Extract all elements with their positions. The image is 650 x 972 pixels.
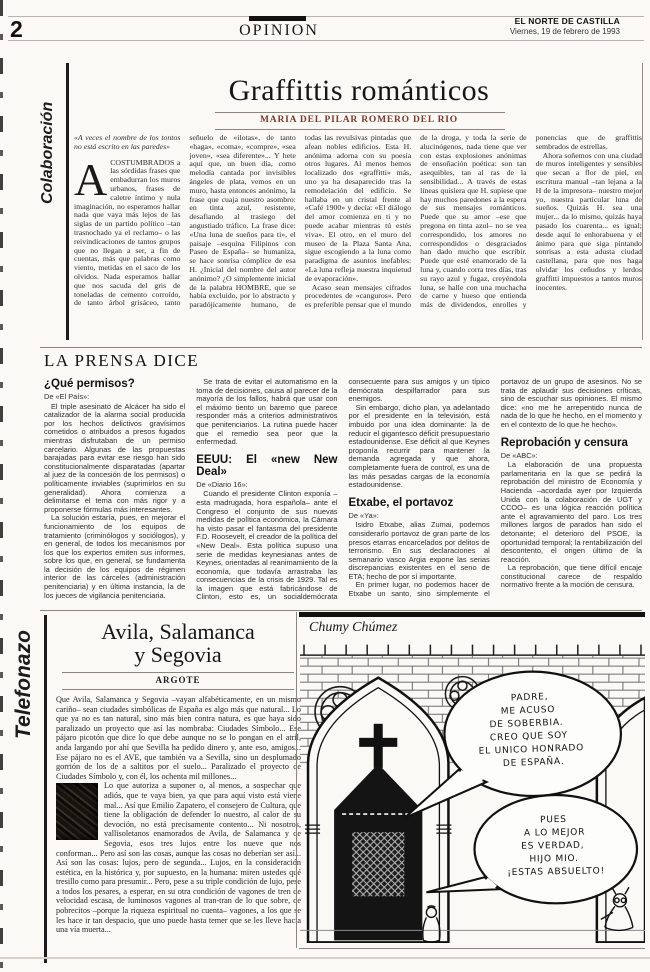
telefonazo-byline-top-rule: [62, 672, 294, 673]
section-title: OPINION: [234, 22, 324, 40]
scan-edge-artifact: [0, 0, 3, 972]
cartoon-left-rule: [296, 612, 297, 948]
page-bottom-rule: [0, 957, 650, 959]
cartoon-top-bar: [299, 612, 645, 617]
prensa-source: De «Diario 16»:: [196, 481, 337, 490]
prensa-top-rule: [40, 347, 642, 348]
prensa-body: ¿Qué permisos? De «El País»: El triple a…: [44, 378, 642, 606]
prensa-paragraph: Isidro Etxabe, alias Zumai, podemos cons…: [349, 521, 490, 581]
page-number: 2: [10, 16, 23, 43]
byline-bottom-rule: [215, 129, 505, 130]
colaboracion-left-rule: [66, 63, 69, 340]
prensa-heading: Reprobación y censura: [501, 437, 642, 449]
byline-top-rule: [215, 112, 505, 113]
prensa-heading: EEUU: El «new New Deal»: [196, 454, 337, 478]
article-byline: MARIA DEL PILAR ROMERO DEL RIO: [74, 115, 644, 125]
telefonazo-paragraph: Que Avila, Salamanca y Segovia –vayan al…: [56, 695, 301, 781]
prensa-paragraph: El triple asesinato de Alcácer ha sido e…: [44, 403, 185, 515]
cartoon-bottom-rule: [299, 948, 645, 949]
masthead: EL NORTE DE CASTILLA Viernes, 19 de febr…: [440, 16, 620, 36]
article-paragraph: Ahora soñemos con una ciudad de muros in…: [536, 152, 642, 293]
cartoon-artist: Chumy Chúmez: [309, 620, 397, 636]
article-body: «A veces el nombre de los tontos no está…: [74, 134, 642, 339]
kicker-telefonazo: Telefonazo: [8, 616, 40, 754]
prensa-paragraph: Sin embargo, dicho plan, ya adelantado p…: [349, 404, 490, 490]
telefonazo-byline: ARGOTE: [56, 675, 300, 685]
prensa-paragraph: La elaboración de una propuesta parlamen…: [501, 461, 642, 564]
prensa-paragraph: La reprobación, que tiene difícil encaje…: [501, 564, 642, 590]
prensa-heading: Etxabe, el portavoz: [349, 497, 490, 509]
masthead-date: Viernes, 19 de febrero de 1993: [440, 27, 620, 36]
prensa-source: De «Ya»:: [349, 512, 490, 521]
prensa-source: De «ABC»:: [501, 452, 642, 461]
prensa-bottom-rule: [40, 610, 642, 611]
kicker-colaboracion: Colaboración: [34, 86, 62, 220]
header-bottom-rule: [8, 40, 644, 41]
article-title: Graffittis románticos: [74, 74, 644, 108]
drop-cap: A: [74, 159, 110, 199]
telefonazo-left-rule: [44, 615, 47, 963]
telefonazo-paragraph: Lo que autoriza a suponer o, al menos, a…: [56, 781, 301, 935]
prensa-heading: ¿Qué permisos?: [44, 378, 185, 390]
prensa-section-title: LA PRENSA DICE: [44, 351, 199, 371]
cartoon-drawing: PADRE, ME ACUSO DE SOBERBIA. CREO QUE SO…: [300, 641, 645, 943]
newspaper-page: { "colors": {"paper":"#faf9f5","ink":"#2…: [0, 0, 650, 972]
masthead-name: EL NORTE DE CASTILLA: [440, 16, 620, 26]
epigraph: «A veces el nombre de los tontos no está…: [74, 134, 180, 152]
speech-bubble-2: PUES A LO MEJOR ES VERDAD, HIJO MIO. ¡ES…: [426, 795, 637, 903]
prensa-paragraph: Se trata de evitar el automatismo en la …: [196, 378, 337, 447]
prensa-source: De «El País»:: [44, 393, 185, 402]
telefonazo-byline-bottom-rule: [62, 689, 294, 690]
section-bar: [249, 16, 306, 21]
telefonazo-body: Que Avila, Salamanca y Segovia –vayan al…: [56, 695, 301, 965]
prensa-paragraph: La solución estaría, pues, en mejorar el…: [44, 514, 185, 600]
telefonazo-title: Avila, Salamanca y Segovia: [56, 620, 300, 666]
inset-photo: [56, 783, 98, 840]
